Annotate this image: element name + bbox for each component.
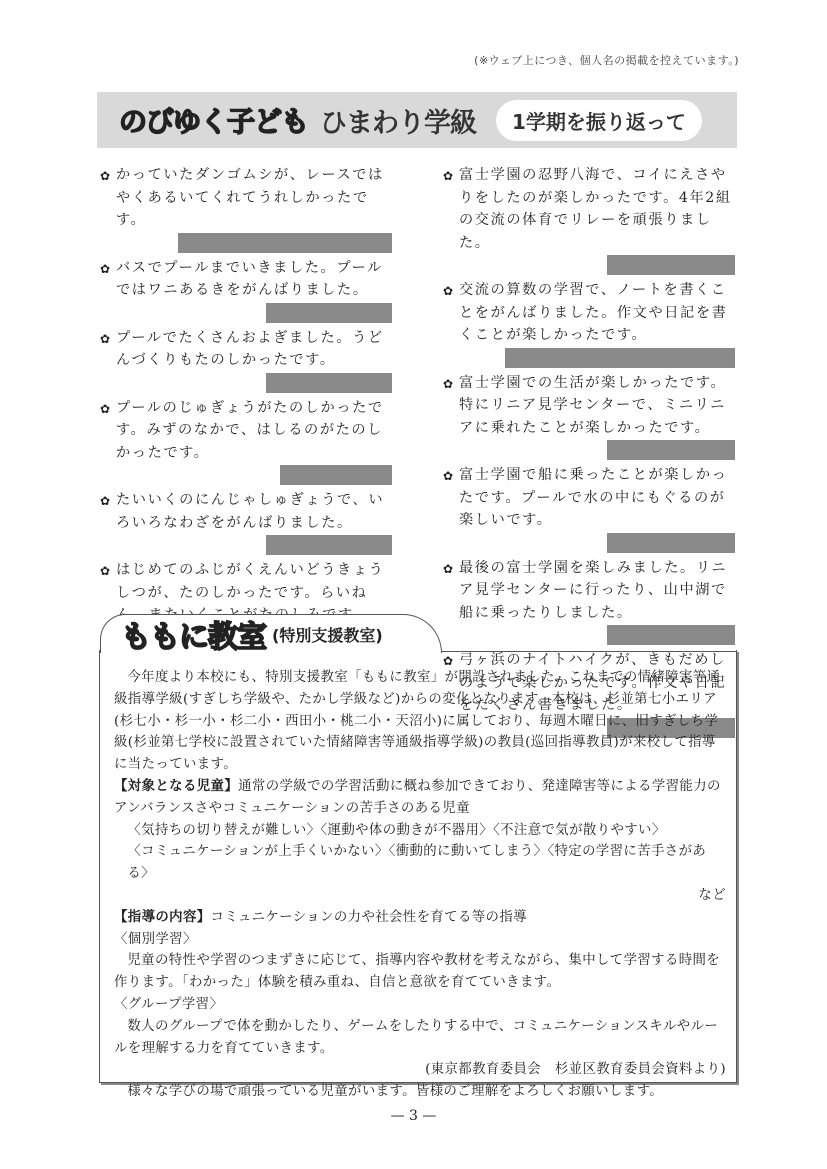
redaction-bar [266, 373, 392, 393]
banner-title-outline: のびゆく子ども [119, 100, 308, 140]
flower-icon: ✿ [100, 560, 112, 583]
individual-heading: 〈個別学習〉 [114, 929, 726, 951]
redaction-bar [178, 233, 392, 253]
flower-icon: ✿ [100, 328, 112, 351]
list-item: ✿かっていたダンゴムシが、レースではやくあるいてくれてうれしかったです。 [100, 164, 392, 253]
redaction-bar [607, 625, 735, 645]
flower-icon: ✿ [443, 465, 455, 488]
redaction-bar [607, 533, 735, 553]
himawari-banner: のびゆく子ども ひまわり学級 1学期を振り返って [97, 92, 737, 148]
redaction-bar [607, 440, 735, 460]
page-number: — 3 — [0, 1108, 827, 1124]
list-item: ✿プールでたくさんおよぎました。うどんづくりもたのしかったです。 [100, 327, 392, 393]
content-paragraph: 【指導の内容】コミュニケーションの力や社会性を育てる等の指導 [114, 907, 726, 929]
list-item: ✿プールのじゅぎょうがたのしかったです。みずのなかで、はしるのがたのしかったです… [100, 397, 392, 486]
flower-icon: ✿ [100, 258, 112, 281]
group-paragraph: 数人のグループで体を動かしたり、ゲームをしたりする中で、コミュニケーションスキル… [114, 1016, 726, 1060]
content-heading: 【指導の内容】 [114, 910, 211, 925]
momoni-tab: ももに教室 (特別支援教室) [100, 614, 442, 653]
list-item: ✿富士学園での生活が楽しかったです。特にリニア見学センターで、ミニリニアに乗れた… [443, 372, 735, 461]
box-top-border [440, 651, 736, 652]
flower-icon: ✿ [443, 373, 455, 396]
individual-paragraph: 児童の特性や学習のつまずきに応じて、指導内容や教材を考えながら、集中して学習する… [114, 950, 726, 994]
list-item: ✿最後の富士学園を楽しみました。リニア見学センターに行ったり、山中湖で船に乗った… [443, 557, 735, 646]
examples-etc: など [114, 885, 726, 907]
redaction-bar [607, 255, 735, 275]
momoni-title: ももに教室 [121, 612, 266, 656]
banner-pill: 1学期を振り返って [496, 100, 702, 141]
list-item: ✿交流の算数の学習で、ノートを書くことをがんばりました。作文や日記を書くことが楽… [443, 279, 735, 368]
examples-line-1: 〈気持ちの切り替えが難しい〉〈運動や体の動きが不器用〉〈不注意で気が散りやすい〉 [114, 820, 726, 842]
left-column: ✿かっていたダンゴムシが、レースではやくあるいてくれてうれしかったです。 ✿バス… [100, 164, 392, 652]
flower-icon: ✿ [100, 165, 112, 188]
flower-icon: ✿ [100, 490, 112, 513]
list-item: ✿富士学園の忍野八海で、コイにえさやりをしたのが楽しかったです。4年2組の交流の… [443, 164, 735, 275]
redaction-bar [266, 303, 392, 323]
flower-icon: ✿ [443, 165, 455, 188]
momoni-content: 今年度より本校にも、特別支援教室「ももに教室」が開設されました。これまでの情緒障… [114, 667, 726, 1103]
list-item: ✿たいいくのにんじゃしゅぎょうで、いろいろなわざをがんばりました。 [100, 489, 392, 555]
target-heading: 【対象となる児童】 [114, 779, 238, 794]
momoni-subtitle: (特別支援教室) [272, 623, 383, 646]
flower-icon: ✿ [100, 398, 112, 421]
list-item: ✿富士学園で船に乗ったことが楽しかったです。プールで水の中にもぐるのが楽しいです… [443, 464, 735, 553]
flower-icon: ✿ [443, 280, 455, 303]
flower-icon: ✿ [443, 558, 455, 581]
banner-title-class: ひまわり学級 [320, 101, 476, 140]
list-item: ✿バスでプールまでいきました。プールではワニあるきをがんばりました。 [100, 257, 392, 323]
target-paragraph: 【対象となる児童】通常の学級での学習活動に概ね参加できており、発達障害等による学… [114, 776, 726, 820]
examples-line-2: 〈コミュニケーションが上手くいかない〉〈衝動的に動いてしまう〉〈特定の学習に苦手… [114, 841, 726, 885]
redaction-bar [280, 465, 392, 485]
intro-paragraph: 今年度より本校にも、特別支援教室「ももに教室」が開設されました。これまでの情緒障… [114, 667, 726, 776]
redaction-bar [266, 535, 392, 555]
privacy-notice: (※ウェブ上につき、個人名の掲載を控えています。) [474, 52, 739, 68]
source-note: (東京都教育委員会 杉並区教育委員会資料より) [114, 1059, 726, 1081]
group-heading: 〈グループ学習〉 [114, 994, 726, 1016]
closing-paragraph: 様々な学びの場で頑張っている児童がいます。皆様のご理解をよろしくお願いします。 [114, 1081, 726, 1103]
redaction-bar [505, 348, 735, 368]
